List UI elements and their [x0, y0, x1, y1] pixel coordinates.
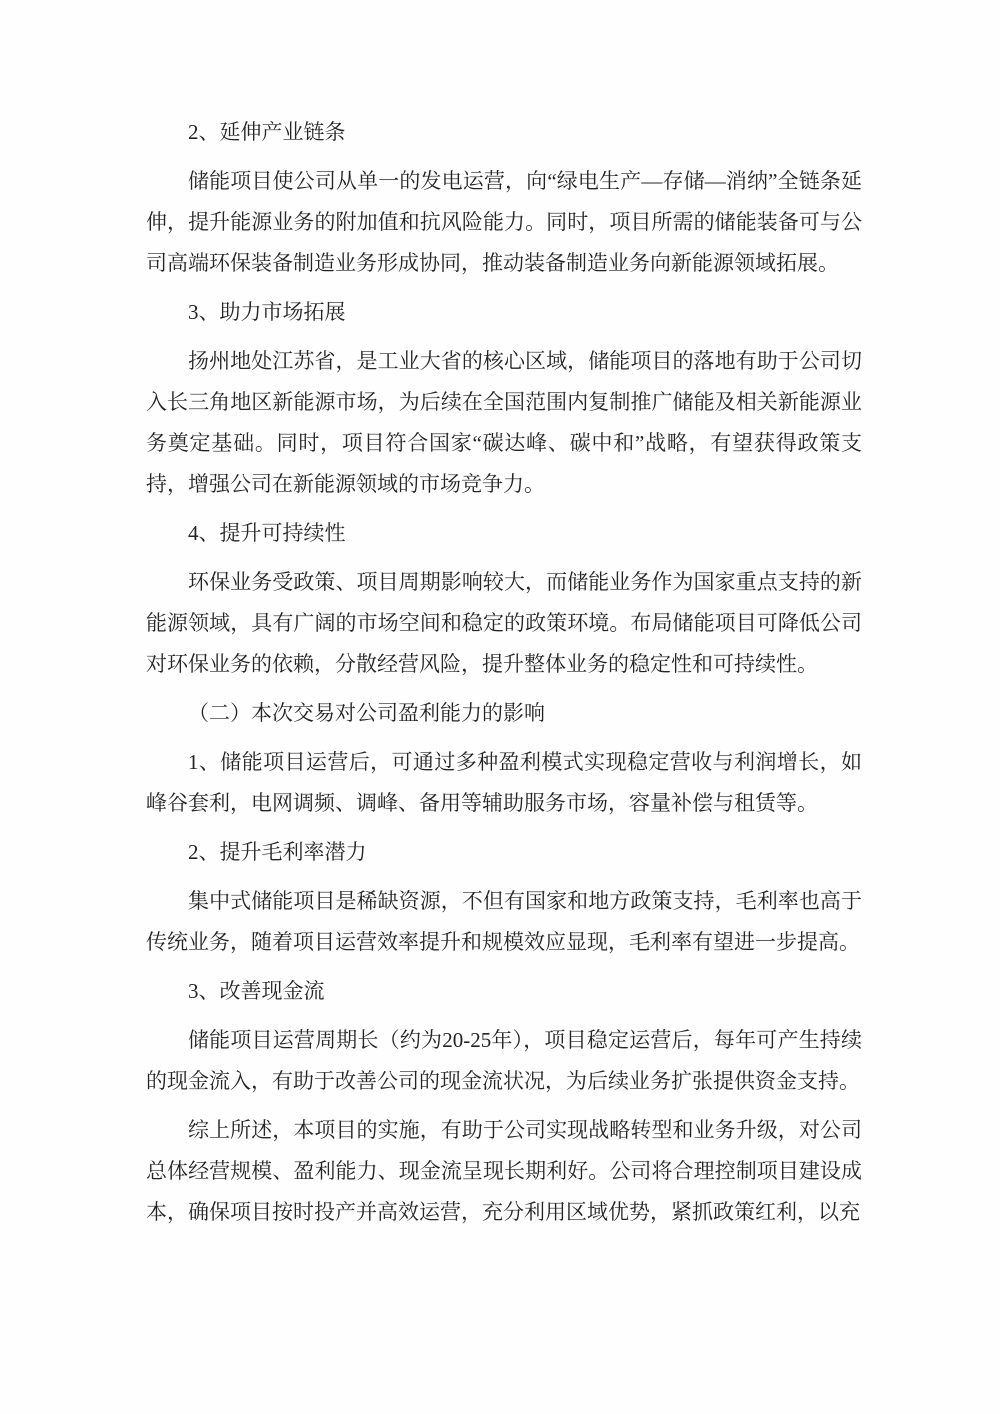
paragraph-summary: 综上所述，本项目的实施，有助于公司实现战略转型和业务升级，对公司总体经营规模、盈…	[146, 1110, 862, 1233]
section-heading-extend-industry-chain: 2、延伸产业链条	[146, 112, 862, 153]
section-heading-market-expansion: 3、助力市场拓展	[146, 292, 862, 333]
section-heading-sustainability: 4、提升可持续性	[146, 513, 862, 554]
paragraph-market-expansion: 扬州地处江苏省，是工业大省的核心区域，储能项目的落地有助于公司切入长三角地区新能…	[146, 341, 862, 505]
section-heading-gross-margin: 2、提升毛利率潜力	[146, 832, 862, 873]
paragraph-extend-industry-chain: 储能项目使公司从单一的发电运营，向“绿电生产—存储—消纳”全链条延伸，提升能源业…	[146, 161, 862, 284]
paragraph-sustainability: 环保业务受政策、项目周期影响较大，而储能业务作为国家重点支持的新能源领域，具有广…	[146, 562, 862, 685]
paragraph-cash-flow: 储能项目运营周期长（约为20-25年），项目稳定运营后，每年可产生持续的现金流入…	[146, 1020, 862, 1102]
document-page: 2、延伸产业链条 储能项目使公司从单一的发电运营，向“绿电生产—存储—消纳”全链…	[146, 112, 862, 1233]
section-heading-cash-flow: 3、改善现金流	[146, 971, 862, 1012]
paragraph-gross-margin: 集中式储能项目是稀缺资源，不但有国家和地方政策支持，毛利率也高于传统业务，随着项…	[146, 881, 862, 963]
paragraph-profit-models: 1、储能项目运营后，可通过多种盈利模式实现稳定营收与利润增长，如峰谷套利，电网调…	[146, 742, 862, 824]
section-heading-profitability-impact: （二）本次交易对公司盈利能力的影响	[146, 693, 862, 734]
